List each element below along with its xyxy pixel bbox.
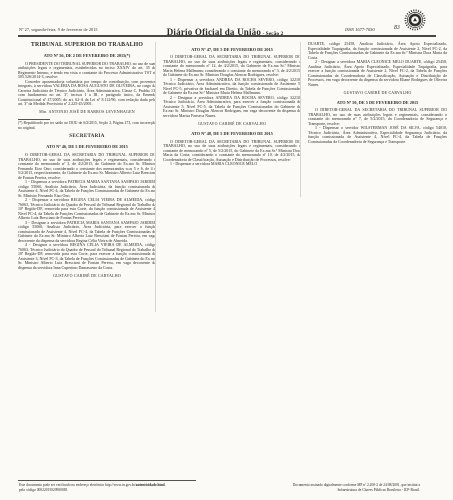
paragraph: O DIRETOR-GERAL DA SECRETARIA DO TRIBUNA… bbox=[163, 140, 301, 163]
column-divider-1 bbox=[155, 42, 156, 312]
paragraph: 1 - Dispensar a servidora PATRICIA MARIA… bbox=[18, 180, 156, 198]
column-3: DUARTE, código 25458, Analista Judiciári… bbox=[308, 42, 447, 144]
paragraph: 2 - Designar a servidora ANDREA DA ROCHA… bbox=[163, 96, 301, 119]
paragraph: 3 - Designar a servidora PATRICIA MARIA … bbox=[18, 221, 156, 244]
section-title: SECRETARIA bbox=[18, 134, 156, 140]
column-2: ATO Nº 47, DE 5 DE FEVEREIRO DE 2015O DI… bbox=[163, 42, 301, 167]
act-title: ATO Nº 46, DE 5 DE FEVEREIRO DE 2015 bbox=[18, 144, 156, 149]
digital-signature-note: Documento assinado digitalmente conforme… bbox=[235, 483, 420, 492]
edition-date: Nº 27, segunda-feira, 9 de fevereiro de … bbox=[19, 27, 98, 32]
signature: GUSTAVO CARIBÉ DE CARVALHO bbox=[308, 91, 447, 96]
verification-url: autenticidade.html bbox=[136, 483, 165, 487]
act-title: ATO Nº 48, DE 5 DE FEVEREIRO DE 2015 bbox=[163, 131, 301, 136]
paragraph: 2 - Designar a servidora MARIA CLEONICE … bbox=[308, 60, 447, 87]
column-divider-2 bbox=[300, 42, 301, 197]
footer-rule bbox=[18, 480, 196, 481]
paragraph: O DIRETOR-GERAL DA SECRETARIA DO TRIBUNA… bbox=[163, 55, 301, 78]
verification-tail: , bbox=[165, 483, 166, 487]
gazette-page: Nº 27, segunda-feira, 9 de fevereiro de … bbox=[0, 0, 453, 500]
page-number: 83 bbox=[394, 25, 400, 31]
verification-code: pelo código 00022015020900083 bbox=[19, 488, 254, 493]
signature: GUSTAVO CARIBÉ DE CARVALHO bbox=[163, 122, 301, 127]
paragraph: 1 - Dispensar a servidora ANDREA DA ROCH… bbox=[163, 78, 301, 96]
paragraph: O DIRETOR-GERAL DA SECRETARIA DO TRIBUNA… bbox=[18, 153, 156, 180]
signature-note-line-2: Infraestrutura de Chaves Públicas Brasil… bbox=[235, 488, 420, 493]
act-title: ATO Nº 47, DE 5 DE FEVEREIRO DE 2015 bbox=[163, 47, 301, 52]
paragraph: 1 - Dispensar o servidor WILSTERMAN JOSÉ… bbox=[308, 126, 447, 144]
verification-text: Este documento pode ser verificado no en… bbox=[19, 483, 136, 487]
issn-label: ISSN 1677-7050 bbox=[345, 27, 375, 32]
paragraph: O DIRETOR-GERAL DA SECRETARIA DO TRIBUNA… bbox=[308, 108, 447, 126]
republic-seal-icon bbox=[404, 9, 426, 31]
column-1: TRIBUNAL SUPERIOR DO TRABALHOATO Nº 56, … bbox=[18, 42, 156, 282]
paragraph: 1 - Dispensar a servidora MARIA CLEONICE… bbox=[163, 162, 301, 167]
footnote: (*) Republicado por ter saído no DOU de … bbox=[18, 119, 156, 130]
organization-title: TRIBUNAL SUPERIOR DO TRABALHO bbox=[18, 42, 156, 48]
paragraph: 4 - Designar a servidora REGINA CELIA VI… bbox=[18, 243, 156, 270]
signature: Min. ANTONIO JOSÉ DE BARROS LEVENHAGEN bbox=[18, 110, 156, 115]
act-title: ATO Nº 50, DE 5 DE FEVEREIRO DE 2015 bbox=[308, 100, 447, 105]
paragraph: 2 - Dispensar a servidora REGINA CELIA V… bbox=[18, 198, 156, 221]
header-rule bbox=[18, 35, 436, 37]
paragraph-continuation: DUARTE, código 25458, Analista Judiciári… bbox=[308, 42, 447, 60]
verification-note: Este documento pode ser verificado no en… bbox=[19, 483, 254, 492]
paragraph: O PRESIDENTE DO TRIBUNAL SUPERIOR DO TRA… bbox=[18, 62, 156, 80]
act-title: ATO Nº 56, DE 2 DE FEVEREIRO DE 2015(*) bbox=[18, 53, 156, 58]
signature: GUSTAVO CARIBÉ DE CARVALHO bbox=[18, 274, 156, 279]
paragraph: Conceder aposentadoria voluntária por te… bbox=[18, 80, 156, 107]
masthead: Diário Oficial da União - Seção 2 bbox=[110, 22, 340, 40]
